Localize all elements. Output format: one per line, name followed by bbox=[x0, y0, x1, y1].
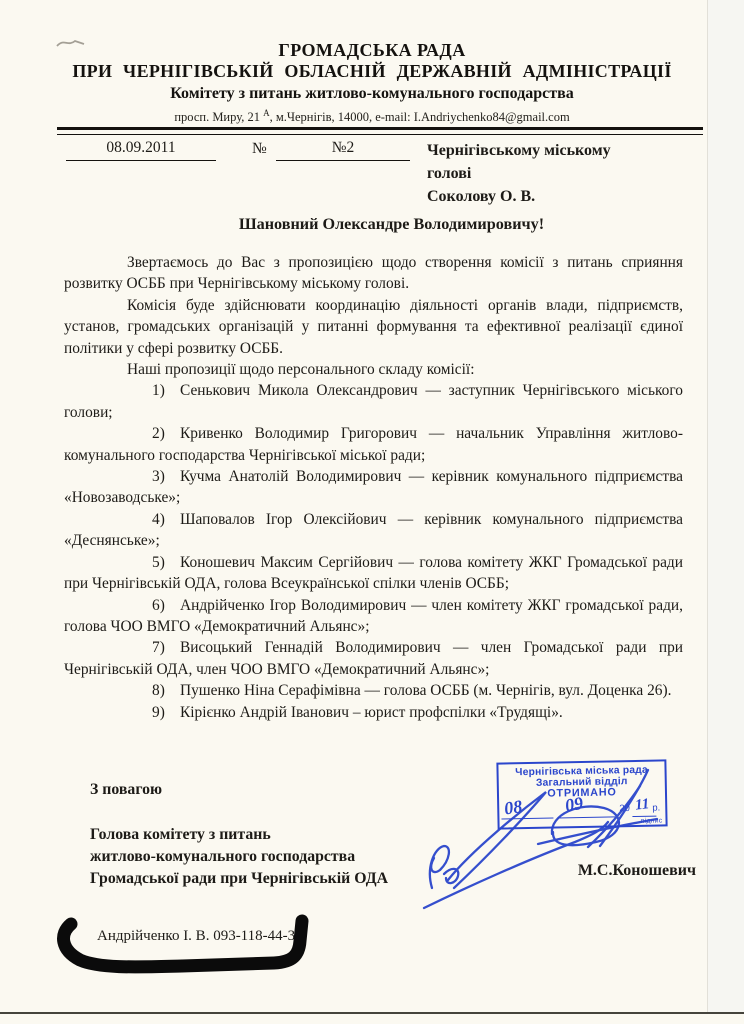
handwritten-signature bbox=[412, 762, 712, 912]
list-item-number: 1) bbox=[108, 380, 180, 401]
signature-title-line3: Громадської ради при Чернігівській ОДА bbox=[90, 868, 388, 890]
number-sign-label: № bbox=[252, 140, 267, 158]
list-item-number: 4) bbox=[108, 509, 180, 530]
recipient-line2: голові bbox=[427, 162, 712, 185]
signature-title: Голова комітету з питань житлово-комунал… bbox=[90, 824, 388, 890]
address-line: просп. Миру, 21 А, м.Чернігів, 14000, e-… bbox=[0, 108, 744, 125]
list-item-number: 2) bbox=[108, 423, 180, 444]
signature-title-line1: Голова комітету з питань bbox=[90, 824, 388, 846]
list-item-text: Пушенко Ніна Серафімівна — голова ОСББ (… bbox=[180, 682, 671, 699]
recipient-block: Чернігівському міському голові Соколову … bbox=[427, 139, 712, 209]
list-item: 6)Андрійченко Ігор Володимирович — член … bbox=[64, 595, 683, 638]
signature-title-line2: житлово-комунального господарства bbox=[90, 846, 388, 868]
paragraph-2: Комісія буде здійснювати координацію дія… bbox=[64, 295, 683, 359]
list-item: 5)Коношевич Максим Сергійович — голова к… bbox=[64, 552, 683, 595]
salutation: Шановний Олександре Володимировичу! bbox=[64, 215, 683, 234]
list-item: 9)Кірієнко Андрій Іванович – юрист профс… bbox=[64, 702, 683, 723]
list-item: 4)Шаповалов Ігор Олексійович — керівник … bbox=[64, 509, 683, 552]
closing-phrase: З повагою bbox=[90, 781, 162, 799]
list-item-number: 7) bbox=[108, 637, 180, 658]
recipient-line3: Соколову О. В. bbox=[427, 185, 712, 208]
list-item: 8)Пушенко Ніна Серафімівна — голова ОСББ… bbox=[64, 680, 683, 701]
paragraph-3: Наші пропозиції щодо персонального склад… bbox=[64, 359, 683, 380]
scan-edge-bottom bbox=[0, 1012, 744, 1014]
letter-body: Звертаємось до Вас з пропозицією щодо ст… bbox=[64, 252, 683, 723]
list-item-number: 8) bbox=[108, 680, 180, 701]
date-field: 08.09.2011 bbox=[66, 139, 216, 161]
recipient-line1: Чернігівському міському bbox=[427, 139, 712, 162]
committee-line: Комітету з питань житлово-комунального г… bbox=[0, 85, 744, 103]
list-item-number: 5) bbox=[108, 552, 180, 573]
org-name-line1: ГРОМАДСЬКА РАДА bbox=[0, 40, 744, 61]
number-field: №2 bbox=[276, 139, 410, 161]
list-item-number: 9) bbox=[108, 702, 180, 723]
list-item: 1)Сенькович Микола Олександрович — засту… bbox=[64, 380, 683, 423]
marker-redaction bbox=[50, 912, 320, 976]
list-item-number: 3) bbox=[108, 466, 180, 487]
letterhead-rule-thick bbox=[57, 127, 703, 130]
letterhead-rule-thin bbox=[57, 134, 703, 135]
scan-edge-right bbox=[707, 0, 744, 1013]
list-item-number: 6) bbox=[108, 595, 180, 616]
list-item: 3)Кучма Анатолій Володимирович — керівни… bbox=[64, 466, 683, 509]
paragraph-1: Звертаємось до Вас з пропозицією щодо ст… bbox=[64, 252, 683, 295]
org-name-line2: ПРИ ЧЕРНІГІВСЬКІЙ ОБЛАСНІЙ ДЕРЖАВНІЙ АДМ… bbox=[0, 61, 744, 82]
list-item-text: Кірієнко Андрій Іванович – юрист профспі… bbox=[180, 704, 563, 721]
list-item: 2)Кривенко Володимир Григорович — началь… bbox=[64, 423, 683, 466]
list-item: 7)Висоцький Геннадій Володимирович — чле… bbox=[64, 637, 683, 680]
